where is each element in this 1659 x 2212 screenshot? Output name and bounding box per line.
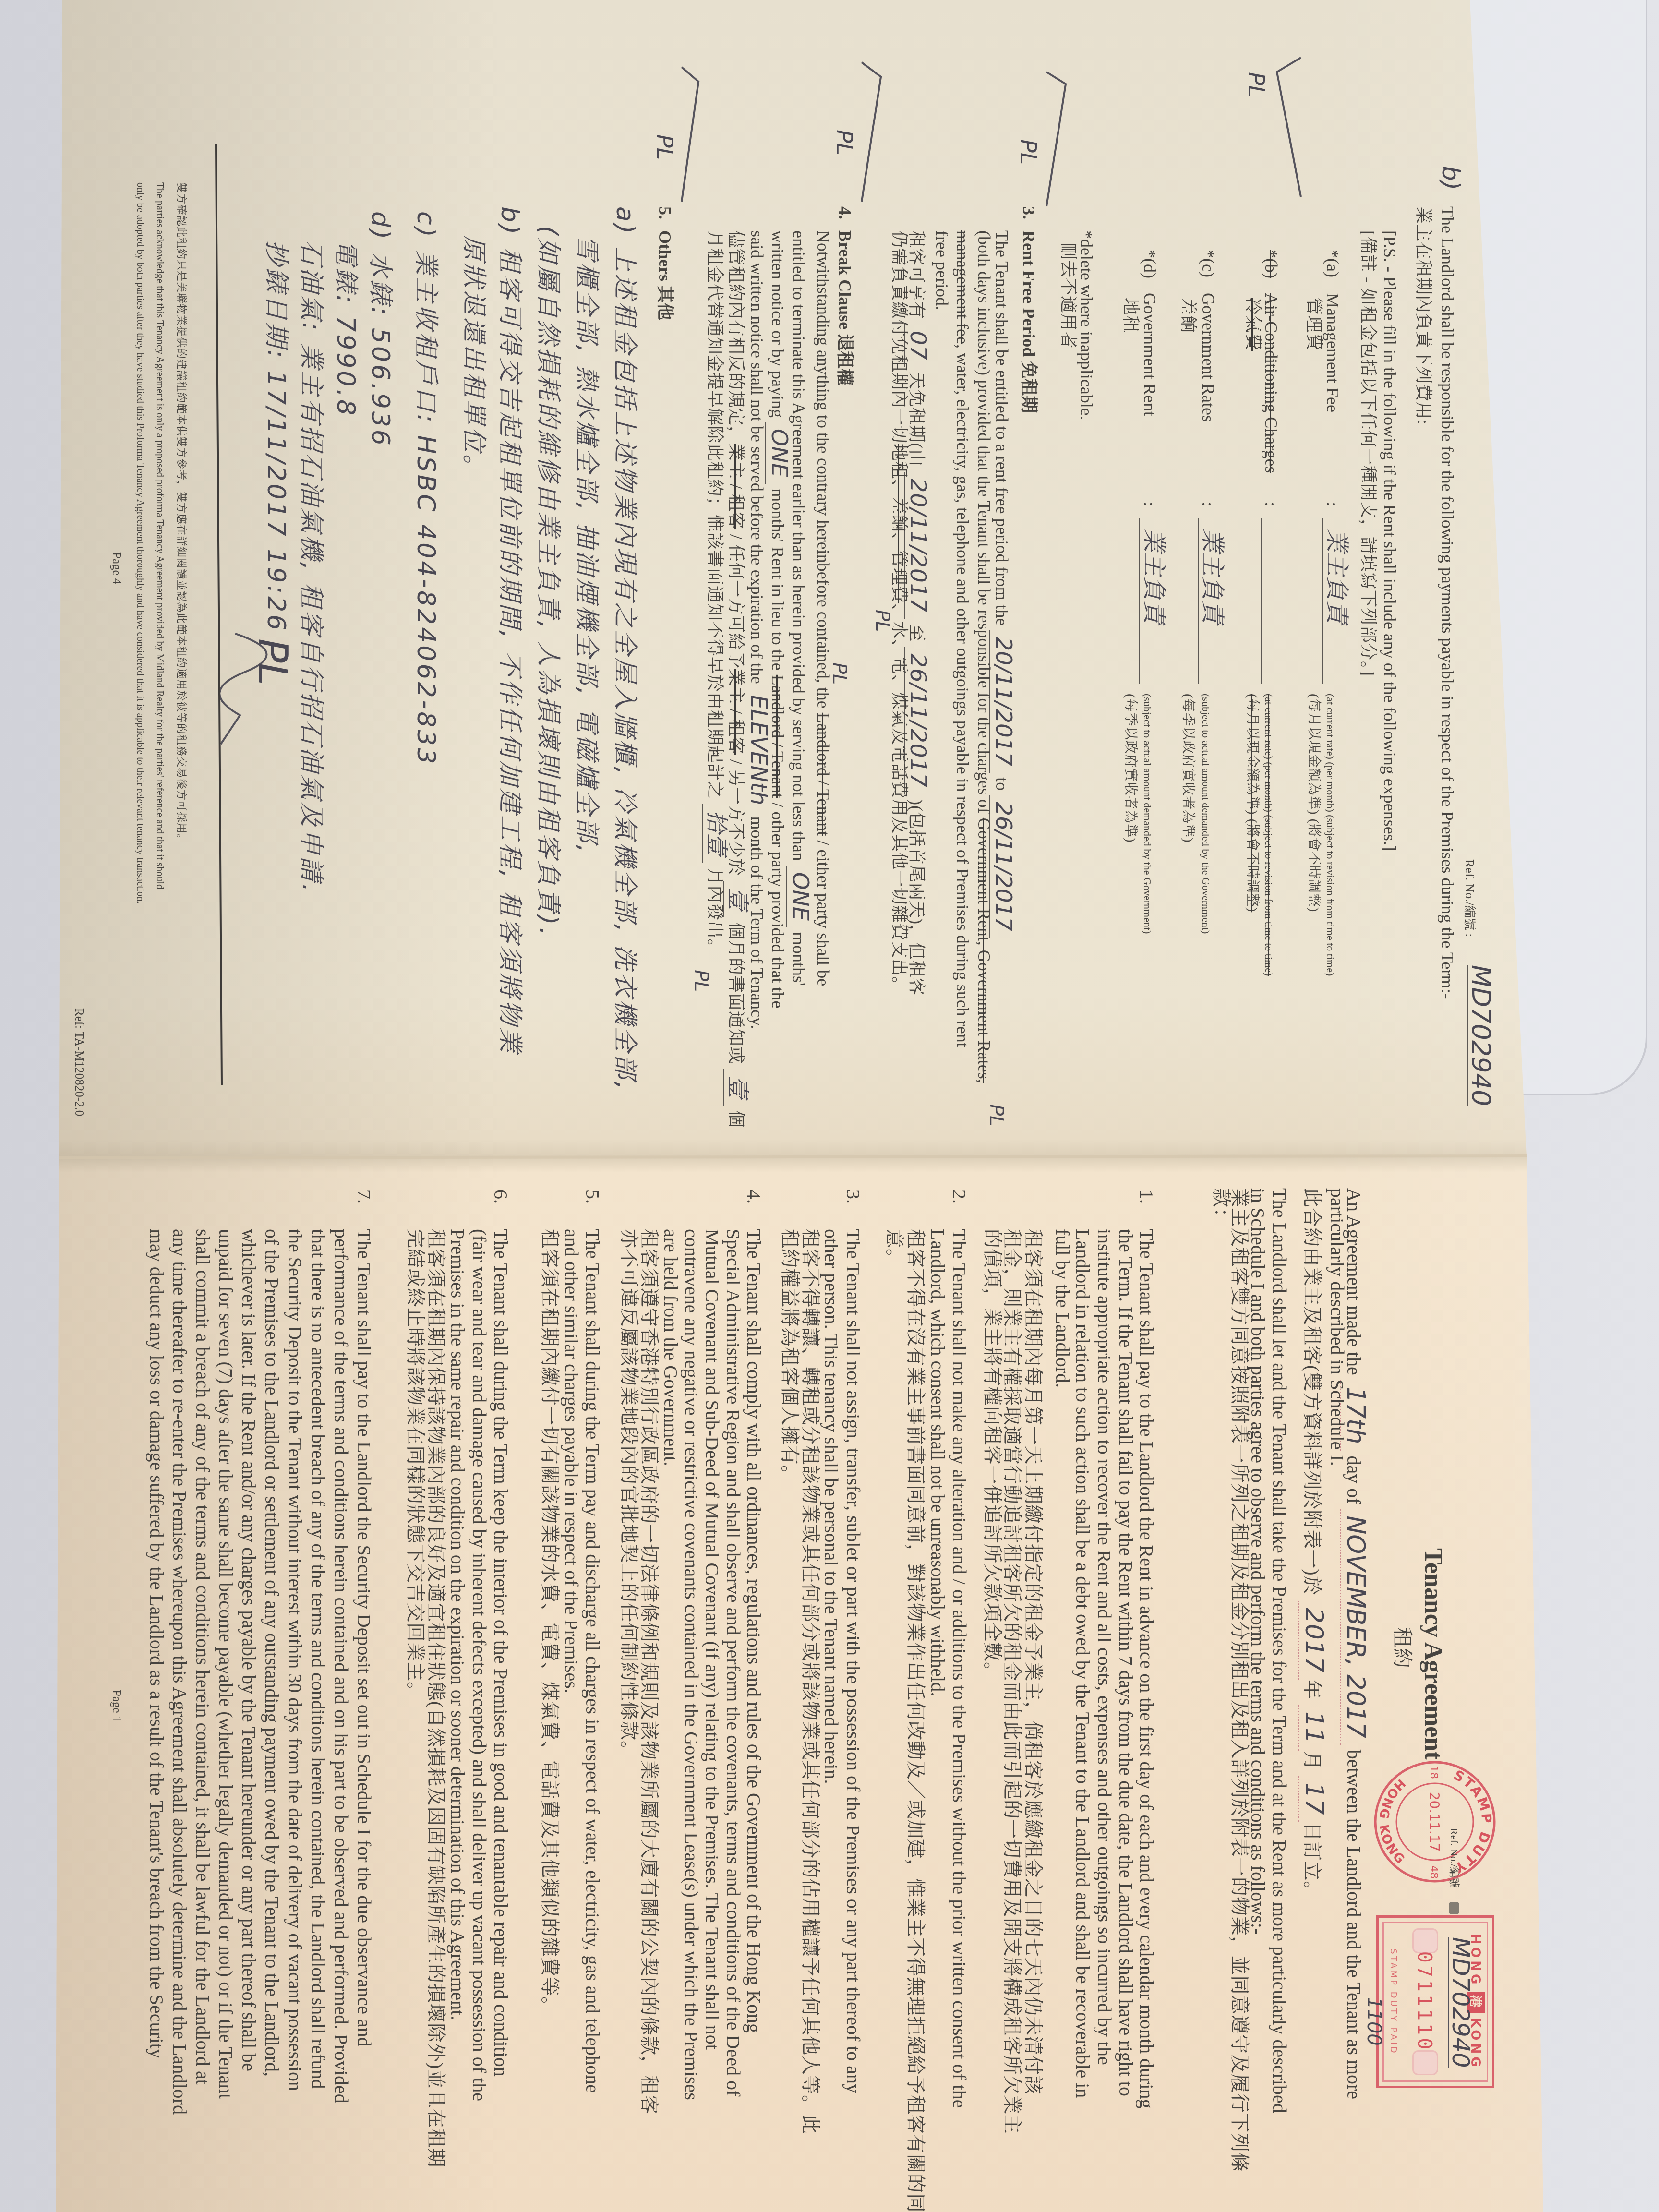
printed-text: 日訂立。 [1301,1822,1323,1900]
clause-line-zh: 租客須在租期內每月第一天上期繳付指定的租金予業主，倘租客於應繳租金之日的七天內仍… [1023,1229,1043,2095]
document-title: Tenancy Agreement [1420,1548,1445,1760]
stamp-duty-round-stamp: STAMP DUTY HONG KONG 18 20.11.17 48 [1370,1757,1500,1887]
clause-number: 1. [1137,1190,1156,1204]
clause-line: full by the Landlord. [1053,1229,1072,1388]
clause-line: Special Administrative Region and shall … [723,1229,743,2096]
clause-number: 3. [843,1190,863,1204]
clause-line: and other similar charges payable in res… [562,1229,581,1694]
clause-line: of the Premises to the Landlord or settl… [262,1229,281,2077]
printed-text: 月 [1301,1751,1323,1776]
clause-number: 4. [744,1190,763,1204]
clause-line-zh: 租客須遵守香港特別行政區政府的一切法律條例和規則及該物業所屬的大廈有關的公契內的… [639,1229,659,2115]
clause-line-zh: 亦不可違反屬該物業地段內的官批地契上的任何制約性條款。 [619,1229,638,1760]
page-number: Page 1 [110,1690,122,1722]
stamp-handwritten-ref: MD702940 [1448,1937,1473,2068]
clause-line: unpaid for seven (7) days after the same… [216,1229,235,2099]
handwritten-entry: 17 [1298,1776,1328,1822]
handwritten-entry: 2017 [1298,1601,1328,1680]
ref-no-label: Ref. No./編號 [1449,1828,1459,1888]
clause-line: Landlord in relation to such action shal… [1073,1229,1092,2098]
clause-line: any time thereafter to re-enter the Prem… [170,1229,189,2115]
clause-line: The Tenant shall not make any alteration… [950,1229,969,2108]
clause-line: Mutual Covenant and Sub-Deed of Mutual C… [702,1229,721,2050]
clause-line-zh: 租客不得轉讓、轉租或分租該物業或其任何部分或將該物業或其任何部分的佔用權讓予任何… [801,1229,820,2134]
stamp-footer-text: STAMP DUTY PAID [1388,1918,1398,2086]
clause-line-zh: 租客須在租期內保持該物業內部的良好及適宜租住狀態(自然損耗及因固有缺陷所產生的損… [426,1229,445,2168]
stamp-hexagon-icon [1412,2050,1438,2075]
clause-line: performance of the terms and conditions … [331,1229,350,2104]
clause-line: shall commit a breach of any of the term… [193,1229,212,2085]
stamp-right-code: 48 [1428,1865,1440,1879]
clause-line: are held from the Government. [661,1229,680,1466]
terms-intro-line-zh: 款： [1212,1188,1231,1227]
stamp-duty-paid-box: HONG港KONG 0711110 STAMP DUTY PAID [1376,1915,1494,2088]
clause-line: Landlord, which consent shall not be unr… [928,1229,947,1696]
clause-line: The Tenant shall during the Term keep th… [491,1229,510,2077]
handwritten-entry: NOVEMBER, 2017 [1340,1509,1370,1744]
stamp-bottom-text: HONG KONG [1376,1776,1408,1867]
clause-line: institute appropriate action to recover … [1094,1229,1114,2065]
clause-line: The Tenant shall pay to the Landlord the… [1137,1229,1156,2109]
clause-number: 2. [950,1190,969,1204]
clause-line: the Term. If the Tenant shall fail to pa… [1116,1229,1135,2096]
page-1: Tenancy Agreement 租約 STAMP DUTY HONG KON… [58,0,1527,2212]
clause-line: that there is no antecedent breach of an… [308,1229,327,2089]
printed-text: 此合約由業主及租客(雙方資料詳列於附表一)於 [1301,1188,1323,1601]
clause-line-zh: 租客須在租期內繳付一切有關該物業的水費、電費、煤氣費、電話費及其他類似的雜費等。 [540,1229,559,2016]
clause-line: other person. This tenancy shall be pers… [821,1229,841,1784]
document-title-zh: 租約 [1392,1627,1412,1669]
document-spread: Ref. No./編號 : MD702940 b) The Landlord s… [58,0,1527,2212]
clause-line-zh: 完結或終止時將該物業在同樣的狀態下交吉交回業主。 [406,1229,425,1701]
terms-intro-line: The Landlord shall let and the Tenant sh… [1270,1188,1289,2113]
clause-number: 5. [583,1190,602,1204]
clause-line-zh: 租客不得在沒有業主事前書面同意前，對該物業作出任何改動及／或加建，惟業主不得無理… [906,1229,925,2212]
stamp-date: 20.11.17 [1426,1792,1442,1852]
clause-line: (fair wear and tear and damage caused by… [469,1229,489,2101]
clause-line: the Security Deposit to the Tenant witho… [285,1229,304,2091]
clause-line-zh: 的債項，業主將有權向租客一併追討所欠款項全數。 [983,1229,1002,1682]
clause-line-zh: 意。 [885,1229,904,1268]
photo-scene: Ref. No./編號 : MD702940 b) The Landlord s… [0,0,1659,2212]
clause-line: Premises in the same repair and conditio… [448,1229,467,2020]
clause-line: The Tenant shall comply with all ordinan… [744,1229,763,2033]
terms-intro-line: in Schedule I and both parties agree to … [1248,1188,1267,1935]
ink-smudge [1449,1902,1459,1914]
clause-line: whichever is later. If the Rent and/or a… [239,1229,258,2071]
handwritten-entry: 11 [1298,1705,1328,1751]
printed-text: particularly described in Schedule I. [1326,1188,1348,1466]
printed-text: 年 [1301,1680,1323,1705]
clause-number: 7. [354,1190,373,1204]
clause-line: The Tenant shall pay to the Landlord the… [354,1229,373,2047]
clause-line-zh: 租金，則業主有權採取適當行動追討租客所欠的租金而由此而引起的一切費用及開支將構成… [1002,1229,1022,2134]
clause-line: contravene any negative or restrictive c… [682,1229,701,2100]
clause-number: 6. [491,1190,510,1204]
stamp-left-code: 18 [1428,1766,1440,1779]
clause-line-zh: 租約權益將為租客個人擁有。 [780,1229,799,1485]
agreement-intro-line-zh: 此合約由業主及租客(雙方資料詳列於附表一)於 2017年 11月 17日訂立。 [1301,1188,1326,1900]
terms-intro-line-zh: 業主及租客雙方同意按照附表一所列之租期及租金分別租出及租入詳列於附表一的物業，並… [1230,1188,1249,2172]
clause-line: may deduct any loss or damage suffered b… [147,1229,166,2058]
clause-line: The Tenant shall not assign, transfer, s… [843,1229,863,2093]
printed-text: between the Landlord and the Tenant as m… [1343,1745,1365,2099]
clause-line: The Tenant shall during the Term pay and… [583,1229,602,2093]
agreement-intro-line: particularly described in Schedule I. [1327,1188,1346,1466]
